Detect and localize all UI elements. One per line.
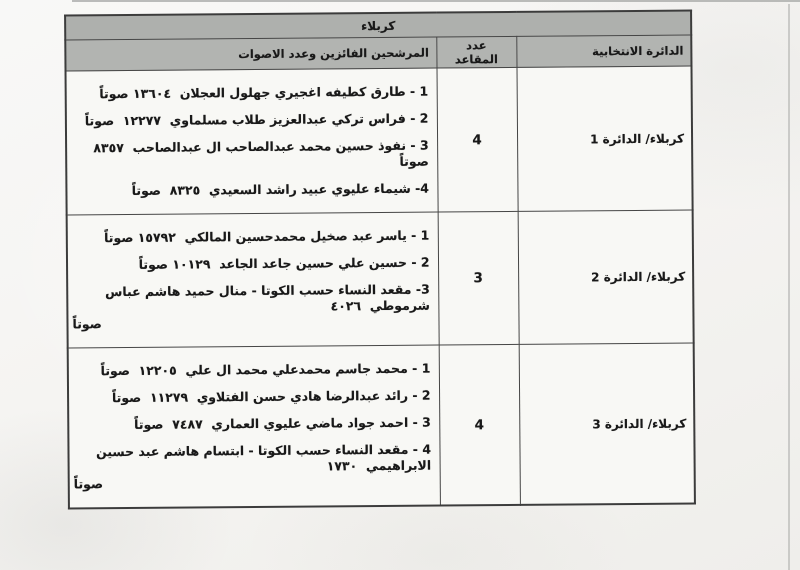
table-header-row: الدائرة الانتخابية عدد المقاعد المرشحين … <box>65 35 691 71</box>
candidate-entry: 1 - ياسر عبد صخيل محمدحسين المالكي ١٥٧٩٢… <box>72 228 430 247</box>
candidate-entry: 3- مقعد النساء حسب الكوتا - منال حميد ها… <box>72 282 430 333</box>
candidate-wrapped-word: صوتاً <box>74 474 432 493</box>
seats-cell: 4 <box>437 67 518 212</box>
scan-edge-top <box>72 0 800 2</box>
candidate-entry: 3 - نفوذ حسين محمد عبدالصاحب ال عبدالصاح… <box>71 138 429 173</box>
candidates-cell: 1 - ياسر عبد صخيل محمدحسين المالكي ١٥٧٩٢… <box>67 212 439 348</box>
column-header-seats: عدد المقاعد <box>436 36 516 68</box>
candidate-text: 3- مقعد النساء حسب الكوتا - منال حميد ها… <box>101 282 430 314</box>
candidate-entry: 4 - مقعد النساء حسب الكوتا - ابتسام هاشم… <box>73 442 431 493</box>
results-table: كربلاء الدائرة الانتخابية عدد المقاعد ال… <box>64 10 696 510</box>
candidate-entry: 3 - احمد جواد ماضي عليوي العماري ٧٤٨٧ صو… <box>73 415 431 434</box>
table-row-district-1: كربلاء/ الدائرة 1 4 1 - طارق كطيفه اغجير… <box>66 66 693 215</box>
candidates-cell: 1 - محمد جاسم محمدعلي محمد ال علي ١٢٢٠٥ … <box>68 345 440 508</box>
column-header-candidates: المرشحين الفائزين وعدد الاصوات <box>65 37 436 71</box>
candidate-entry: 2 - رائد عبدالرضا هادي حسن الفتلاوي ١١٢٧… <box>73 388 431 407</box>
candidate-wrapped-word: صوتاً <box>72 314 430 333</box>
seats-cell: 4 <box>439 344 520 505</box>
candidate-entry: 2 - فراس تركي عبدالعزيز طلاب مسلماوي ١٢٢… <box>71 111 429 130</box>
candidate-text: 4 - مقعد النساء حسب الكوتا - ابتسام هاشم… <box>92 442 432 474</box>
table-row-district-3: كربلاء/ الدائرة 3 4 1 - محمد جاسم محمدعل… <box>68 343 695 508</box>
table-row-district-2: كربلاء/ الدائرة 2 3 1 - ياسر عبد صخيل مح… <box>67 210 694 348</box>
scanned-page: كربلاء الدائرة الانتخابية عدد المقاعد ال… <box>0 0 800 570</box>
results-table-wrapper: كربلاء الدائرة الانتخابية عدد المقاعد ال… <box>64 10 696 510</box>
candidates-cell: 1 - طارق كطيفه اغجيري جهلول العجلان ١٣٦٠… <box>66 68 438 215</box>
seats-cell: 3 <box>438 211 519 345</box>
district-cell: كربلاء/ الدائرة 1 <box>517 66 693 211</box>
candidate-entry: 2 - حسين علي حسين جاعد الجاعد ١٠١٢٩ صوتا… <box>72 255 430 274</box>
candidate-entry: 1 - محمد جاسم محمدعلي محمد ال علي ١٢٢٠٥ … <box>73 361 431 380</box>
candidate-entry: 4- شيماء عليوي عبيد راشد السعيدي ٨٣٢٥ صو… <box>71 181 429 200</box>
candidate-entry: 1 - طارق كطيفه اغجيري جهلول العجلان ١٣٦٠… <box>71 84 429 103</box>
district-cell: كربلاء/ الدائرة 3 <box>519 343 695 505</box>
scan-edge-right <box>788 4 790 570</box>
district-cell: كربلاء/ الدائرة 2 <box>518 210 694 344</box>
column-header-district: الدائرة الانتخابية <box>516 35 691 67</box>
